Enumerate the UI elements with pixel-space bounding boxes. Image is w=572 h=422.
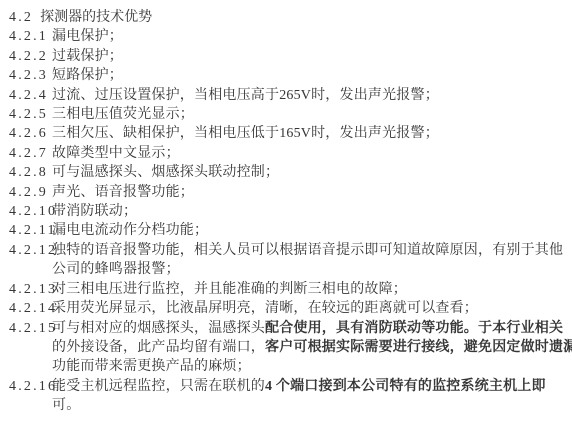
- list-item: 4.2.16能受主机远程监控，只需在联机的4 个端口接到本公司特有的监控系统主机…: [0, 377, 572, 416]
- item-number: 4.2.13: [9, 280, 57, 299]
- item-text-line: 声光、语音报警功能；: [52, 183, 572, 202]
- item-text: 公司的蜂鸣器报警；: [52, 262, 180, 277]
- item-number: 4.2.3: [9, 66, 48, 85]
- list-item: 4.2.13对三相电压进行监控，并且能准确的判断三相电的故障；: [0, 280, 572, 299]
- item-text: 独特的语音报警功能，相关人员可以根据语音提示即可知道故障原因，有别于其他: [52, 243, 563, 258]
- list-item: 4.2.5三相电压值荧光显示；: [0, 105, 572, 124]
- list-item: 4.2.3短路保护；: [0, 66, 572, 85]
- document-page: 4.2探测器的技术优势 4.2.1漏电保护；4.2.2过载保护；4.2.3短路保…: [0, 0, 572, 422]
- item-text: 短路保护；: [52, 68, 123, 83]
- list-item: 4.2.14采用荧光屏显示，比液晶屏明亮，清晰，在较远的距离就可以查看；: [0, 299, 572, 318]
- list-item: 4.2.11漏电电流动作分档功能；: [0, 221, 572, 240]
- items-list: 4.2.1漏电保护；4.2.2过载保护；4.2.3短路保护；4.2.4过流、过压…: [0, 27, 572, 415]
- item-number: 4.2.2: [9, 47, 48, 66]
- item-number: 4.2.11: [9, 221, 57, 240]
- list-item: 4.2.1漏电保护；: [0, 27, 572, 46]
- item-text-line: 三相欠压、缺相保护，当相电压低于165V时，发出声光报警；: [52, 124, 572, 143]
- list-item: 4.2.15可与相对应的烟感探头，温感探头配合使用，具有消防联动等功能。于本行业…: [0, 319, 572, 377]
- item-text: 过载保护；: [52, 49, 123, 64]
- item-text: 可与相对应的烟感探头，温感探头: [52, 321, 265, 336]
- list-item: 4.2.12独特的语音报警功能，相关人员可以根据语音提示即可知道故障原因，有别于…: [0, 241, 572, 280]
- section-title: 探测器的技术优势: [40, 10, 152, 25]
- list-item: 4.2.8可与温感探头、烟感探头联动控制；: [0, 163, 572, 182]
- item-text-line: 漏电电流动作分档功能；: [52, 221, 572, 240]
- item-number: 4.2.16: [9, 377, 57, 396]
- item-text: 故障类型中文显示；: [52, 146, 180, 161]
- item-text: 采用荧光屏显示，比液晶屏明亮，清晰，在较远的距离就可以查看；: [52, 301, 478, 316]
- item-number: 4.2.5: [9, 105, 48, 124]
- item-text-line: 漏电保护；: [52, 27, 572, 46]
- section-number: 4.2: [9, 10, 33, 25]
- item-text-line: 采用荧光屏显示，比液晶屏明亮，清晰，在较远的距离就可以查看；: [52, 299, 572, 318]
- item-text-bold: 4 个端口接到本公司特有的监控系统主机上即: [265, 379, 546, 394]
- item-number: 4.2.6: [9, 124, 48, 143]
- item-number: 4.2.8: [9, 163, 48, 182]
- item-number: 4.2.12: [9, 241, 57, 260]
- item-number: 4.2.14: [9, 299, 57, 318]
- item-text: 功能而带来需更换产品的麻烦；: [52, 359, 251, 374]
- list-item: 4.2.10带消防联动；: [0, 202, 572, 221]
- list-item: 4.2.6三相欠压、缺相保护，当相电压低于165V时，发出声光报警；: [0, 124, 572, 143]
- item-text: 三相电压值荧光显示；: [52, 107, 194, 122]
- item-text: 漏电电流动作分档功能；: [52, 223, 208, 238]
- item-text-line: 可。: [52, 396, 572, 415]
- item-text-line: 公司的蜂鸣器报警；: [52, 260, 572, 279]
- item-text: 过流、过压设置保护，当相电压高于265V时，发出声光报警；: [52, 88, 439, 103]
- item-number: 4.2.7: [9, 144, 48, 163]
- item-number: 4.2.9: [9, 183, 48, 202]
- item-number: 4.2.15: [9, 319, 57, 338]
- item-text-line: 三相电压值荧光显示；: [52, 105, 572, 124]
- list-item: 4.2.2过载保护；: [0, 47, 572, 66]
- item-text-line: 的外接设备，此产品均留有端口，客户可根据实际需要进行接线，避免因定做时遗漏: [52, 338, 572, 357]
- item-text-line: 带消防联动；: [52, 202, 572, 221]
- item-text-line: 过流、过压设置保护，当相电压高于265V时，发出声光报警；: [52, 86, 572, 105]
- item-text-line: 对三相电压进行监控，并且能准确的判断三相电的故障；: [52, 280, 572, 299]
- item-text: 可与温感探头、烟感探头联动控制；: [52, 165, 279, 180]
- item-text: 声光、语音报警功能；: [52, 185, 194, 200]
- item-text-line: 可与相对应的烟感探头，温感探头配合使用，具有消防联动等功能。于本行业相关: [52, 319, 572, 338]
- item-text: 可。: [52, 398, 80, 413]
- list-item: 4.2.4过流、过压设置保护，当相电压高于265V时，发出声光报警；: [0, 86, 572, 105]
- item-text-bold: 客户可根据实际需要进行接线，避免因定做时遗漏: [265, 340, 572, 355]
- item-text-line: 可与温感探头、烟感探头联动控制；: [52, 163, 572, 182]
- item-text-line: 能受主机远程监控，只需在联机的4 个端口接到本公司特有的监控系统主机上即: [52, 377, 572, 396]
- item-number: 4.2.4: [9, 86, 48, 105]
- item-text-line: 过载保护；: [52, 47, 572, 66]
- item-text-line: 短路保护；: [52, 66, 572, 85]
- item-text-line: 故障类型中文显示；: [52, 144, 572, 163]
- item-text-line: 功能而带来需更换产品的麻烦；: [52, 357, 572, 376]
- list-item: 4.2.7故障类型中文显示；: [0, 144, 572, 163]
- item-text: 漏电保护；: [52, 29, 123, 44]
- item-text-bold: 配合使用，具有消防联动等功能。于本行业相关: [265, 321, 563, 336]
- item-number: 4.2.10: [9, 202, 57, 221]
- item-text: 的外接设备，此产品均留有端口，: [52, 340, 265, 355]
- section-heading: 4.2探测器的技术优势: [0, 8, 572, 27]
- item-text-line: 独特的语音报警功能，相关人员可以根据语音提示即可知道故障原因，有别于其他: [52, 241, 572, 260]
- item-number: 4.2.1: [9, 27, 48, 46]
- list-item: 4.2.9声光、语音报警功能；: [0, 183, 572, 202]
- item-text: 对三相电压进行监控，并且能准确的判断三相电的故障；: [52, 282, 407, 297]
- item-text: 带消防联动；: [52, 204, 137, 219]
- item-text: 能受主机远程监控，只需在联机的: [52, 379, 265, 394]
- item-text: 三相欠压、缺相保护，当相电压低于165V时，发出声光报警；: [52, 126, 439, 141]
